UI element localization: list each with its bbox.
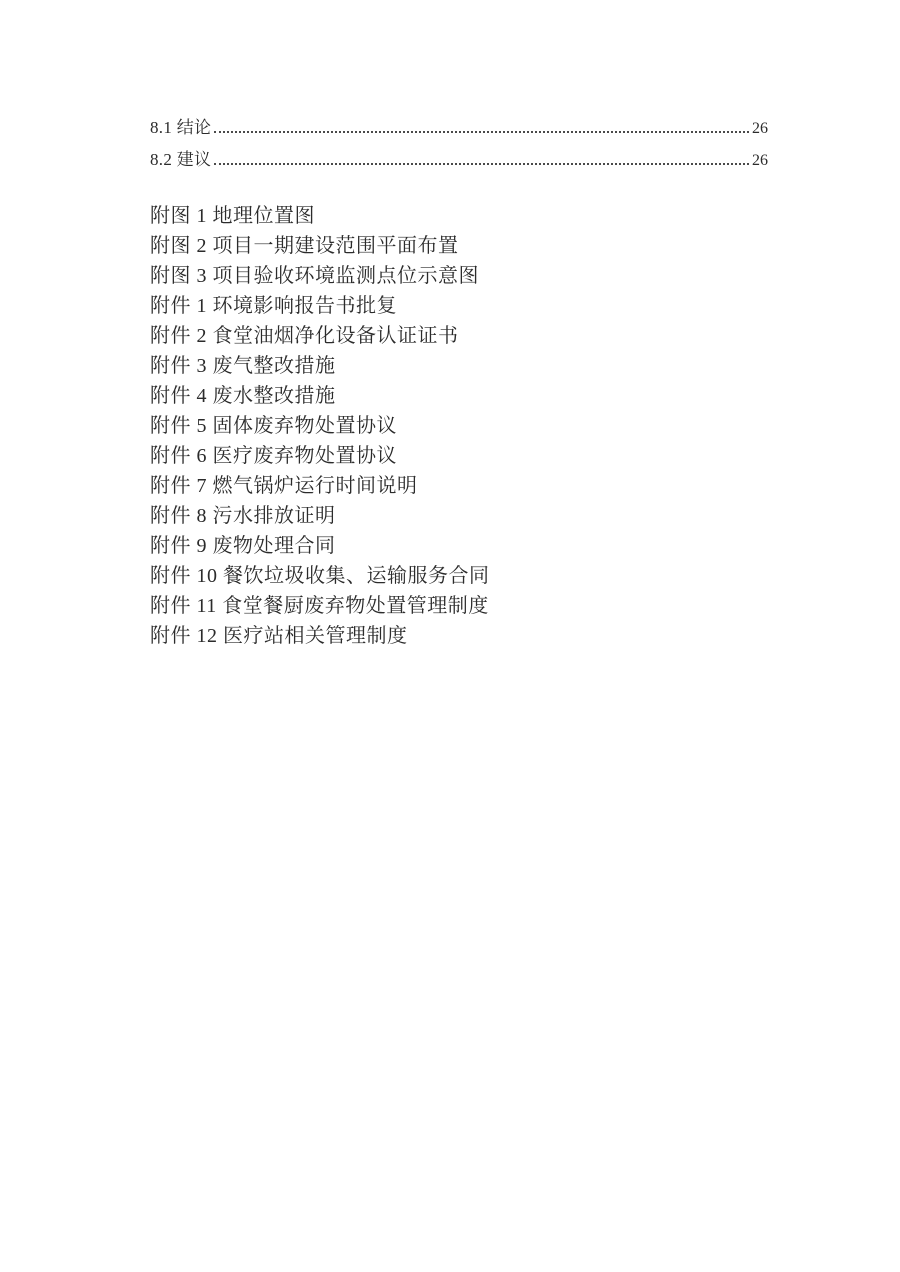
page-content: 8.1 结论 26 8.2 建议 26 附图 1 地理位置图 附图 2 项目一期…	[150, 112, 768, 651]
toc-page-number: 26	[752, 145, 768, 177]
toc-entry-8-2: 8.2 建议 26	[150, 144, 768, 176]
document-page: 8.1 结论 26 8.2 建议 26 附图 1 地理位置图 附图 2 项目一期…	[0, 0, 900, 1272]
list-item: 附图 3 项目验收环境监测点位示意图	[150, 261, 768, 291]
list-item: 附图 1 地理位置图	[150, 201, 768, 231]
list-item: 附件 10 餐饮垃圾收集、运输服务合同	[150, 561, 768, 591]
list-item: 附件 2 食堂油烟净化设备认证证书	[150, 321, 768, 351]
list-item: 附件 3 废气整改措施	[150, 351, 768, 381]
toc-entry-8-1: 8.1 结论 26	[150, 112, 768, 144]
list-item: 附件 6 医疗废弃物处置协议	[150, 441, 768, 471]
attachment-list: 附图 1 地理位置图 附图 2 项目一期建设范围平面布置 附图 3 项目验收环境…	[150, 201, 768, 651]
dot-leader	[214, 131, 749, 133]
dot-leader	[214, 163, 749, 165]
toc-entry-label: 8.2 建议	[150, 144, 211, 176]
list-item: 附件 9 废物处理合同	[150, 531, 768, 561]
toc-entry-label: 8.1 结论	[150, 112, 211, 144]
list-item: 附件 12 医疗站相关管理制度	[150, 621, 768, 651]
list-item: 附图 2 项目一期建设范围平面布置	[150, 231, 768, 261]
toc-section: 8.1 结论 26 8.2 建议 26	[150, 112, 768, 176]
list-item: 附件 11 食堂餐厨废弃物处置管理制度	[150, 591, 768, 621]
list-item: 附件 1 环境影响报告书批复	[150, 291, 768, 321]
list-item: 附件 5 固体废弃物处置协议	[150, 411, 768, 441]
list-item: 附件 7 燃气锅炉运行时间说明	[150, 471, 768, 501]
list-item: 附件 4 废水整改措施	[150, 381, 768, 411]
list-item: 附件 8 污水排放证明	[150, 501, 768, 531]
toc-page-number: 26	[752, 113, 768, 145]
